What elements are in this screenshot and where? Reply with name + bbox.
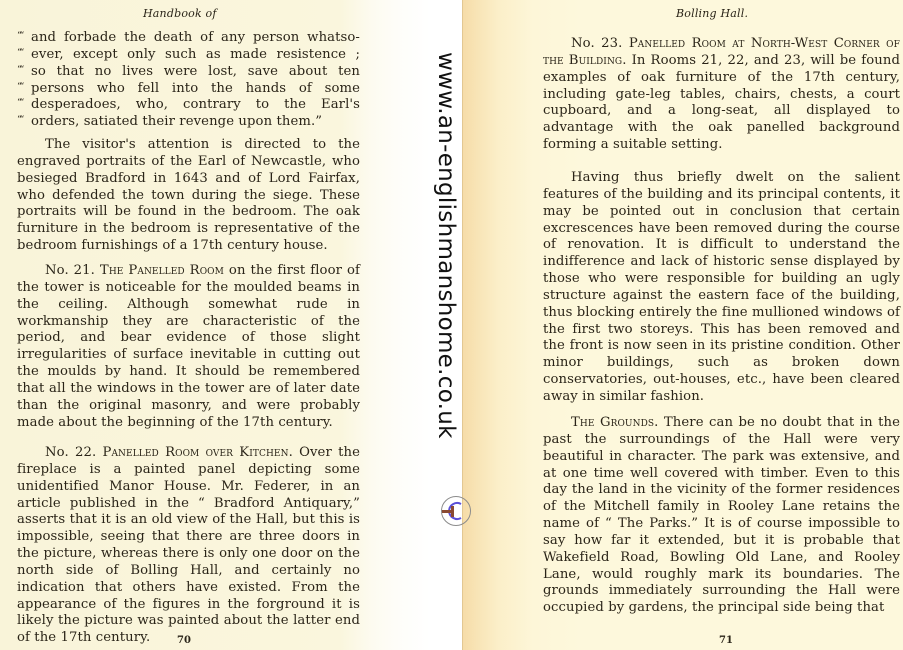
left-page: Handbook of and forbade the death of any… bbox=[0, 0, 462, 650]
page-number-right: 71 bbox=[719, 635, 733, 646]
paragraph-grounds: The Grounds. There can be no doubt that … bbox=[543, 415, 900, 617]
paragraph-room-21: No. 21. The Panelled Room on the first f… bbox=[17, 263, 360, 431]
paragraph-text: The Grounds. There can be no doubt that … bbox=[543, 415, 900, 617]
quote-line: and forbade the death of any person what… bbox=[17, 30, 360, 47]
room-number: No. 22. bbox=[45, 445, 96, 460]
quote-line: persons who fell into the hands of some bbox=[17, 81, 360, 98]
room-description: Over the fireplace is a painted panel de… bbox=[17, 445, 360, 645]
room-number: No. 21. bbox=[45, 263, 95, 278]
page-number-left: 70 bbox=[177, 635, 191, 646]
running-head-left: Handbook of bbox=[143, 7, 217, 20]
room-number: No. 23. bbox=[571, 36, 622, 51]
section-description: There can be no doubt that in the past t… bbox=[543, 415, 900, 615]
paragraph-text: No. 22. Panelled Room over Kitchen. Over… bbox=[17, 445, 360, 647]
room-heading: Panelled Room over Kitchen. bbox=[102, 445, 292, 460]
quote-line: so that no lives were lost, save about t… bbox=[17, 64, 360, 81]
right-page: Bolling Hall. No. 23. Panelled Room at N… bbox=[462, 0, 903, 650]
paragraph-portraits: The visitor's attention is directed to t… bbox=[17, 137, 360, 255]
paragraph-room-23: No. 23. Panelled Room at North-West Corn… bbox=[543, 36, 900, 154]
running-head-right: Bolling Hall. bbox=[676, 7, 748, 20]
quote-line: ever, except only such as made resistenc… bbox=[17, 47, 360, 64]
paragraph-room-22: No. 22. Panelled Room over Kitchen. Over… bbox=[17, 445, 360, 647]
room-heading: The Panelled Room bbox=[100, 263, 224, 278]
room-description: on the first floor of the tower is notic… bbox=[17, 263, 360, 430]
quote-line: desperadoes, who, contrary to the Earl's bbox=[17, 97, 360, 114]
quotation: and forbade the death of any person what… bbox=[17, 30, 360, 131]
quote-line: orders, satiated their revenge upon them… bbox=[17, 114, 360, 131]
paragraph-renovation: Having thus briefly dwelt on the salient… bbox=[543, 170, 900, 406]
watermark-url: www.an-englishmanshome.co.uk bbox=[433, 52, 459, 439]
quote-block: and forbade the death of any person what… bbox=[17, 30, 360, 131]
paragraph-text: No. 23. Panelled Room at North-West Corn… bbox=[543, 36, 900, 154]
paragraph-text: Having thus briefly dwelt on the salient… bbox=[543, 170, 900, 406]
paragraph-text: No. 21. The Panelled Room on the first f… bbox=[17, 263, 360, 431]
paragraph-text: The visitor's attention is directed to t… bbox=[17, 137, 360, 255]
circle-c-logo-icon bbox=[440, 495, 472, 527]
section-heading: The Grounds. bbox=[571, 415, 658, 430]
